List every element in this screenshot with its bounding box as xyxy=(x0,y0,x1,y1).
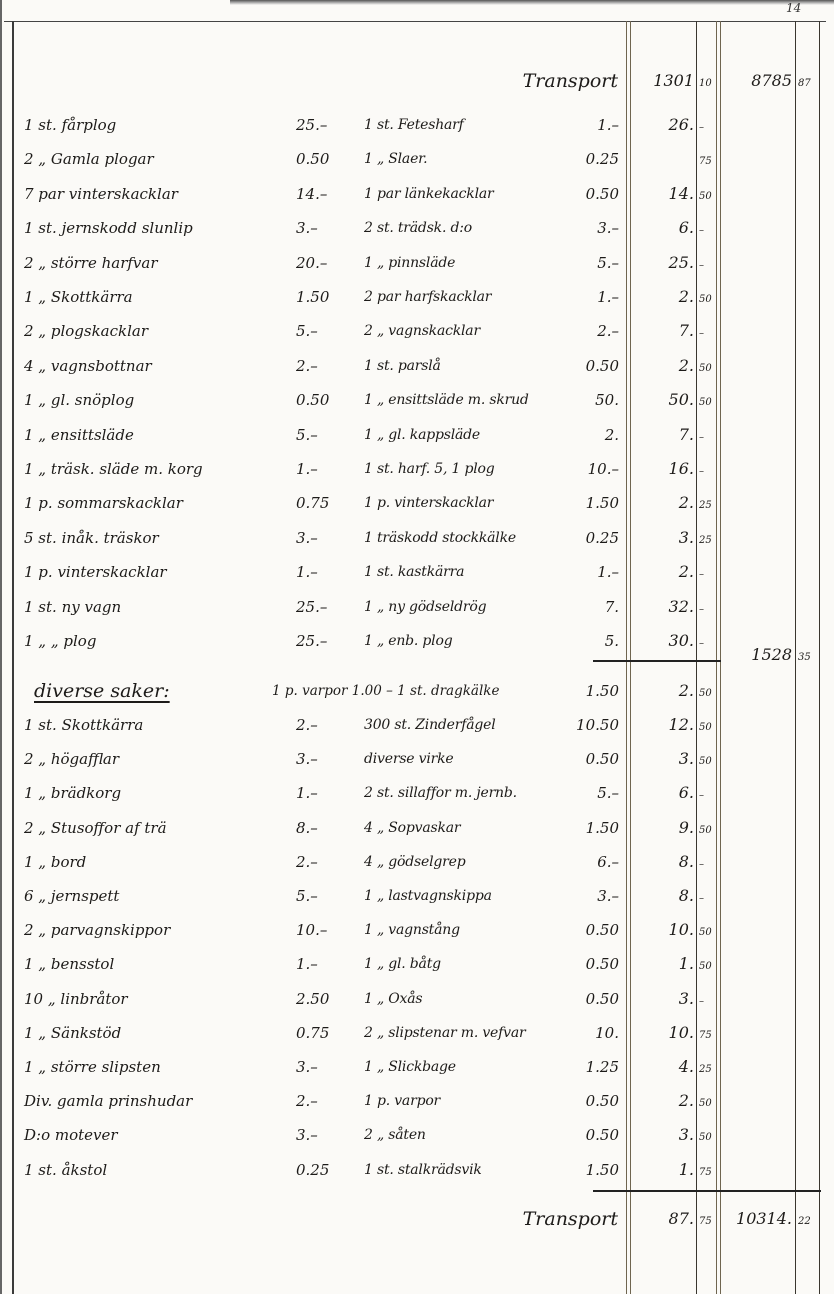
price-a: 1.– xyxy=(296,557,318,587)
item-a: 1 „ Skottkärra xyxy=(24,282,133,312)
item-a: 1 „ träsk. släde m. korg xyxy=(24,454,203,484)
ledger-row: 1 „ Skottkärra1.502 par harfskacklar1.–2… xyxy=(0,282,834,312)
price-a: 2.– xyxy=(296,847,318,877)
ledger-row: 1 st. fårplog25.–1 st. Fetesharf1.–26.– xyxy=(0,110,834,140)
sum-ore: – xyxy=(699,213,704,249)
ledger-row: 2 „ Stusoffor af trä8.–4 „ Sopvaskar1.50… xyxy=(0,813,834,843)
scan-shadow xyxy=(230,0,834,5)
price-a: 3.– xyxy=(296,744,318,774)
item-b: 4 „ Sopvaskar xyxy=(364,813,460,843)
sum-kr: 7. xyxy=(632,420,694,450)
price-b: 6.– xyxy=(565,847,619,877)
sum-kr: 2. xyxy=(632,1086,694,1116)
item-b: 1 „ gl. båtg xyxy=(364,949,441,979)
item-a: 1 „ brädkorg xyxy=(24,778,121,808)
ledger-row: 7 par vinterskacklar14.–1 par länkekackl… xyxy=(0,179,834,209)
item-a: D:o motever xyxy=(24,1120,118,1150)
item-a: 1 „ bensstol xyxy=(24,949,114,979)
sum-kr: 87. xyxy=(632,1204,694,1234)
item-a: 5 st. inåk. träskor xyxy=(24,523,159,553)
ledger-row: 1 st. jernskodd slunlip3.–2 st. trädsk. … xyxy=(0,213,834,243)
sum-ore: 50 xyxy=(699,710,712,746)
item-b: 300 st. Zinderfågel xyxy=(364,710,496,740)
price-a: 20.– xyxy=(296,248,327,278)
price-b: 1.50 xyxy=(565,1155,619,1185)
transport-label: Transport xyxy=(523,66,618,96)
subtotal-kr: 1528 xyxy=(722,640,792,670)
price-a: 8.– xyxy=(296,813,318,843)
sum-kr: 1. xyxy=(632,1155,694,1185)
total-kr: 10314. xyxy=(722,1204,792,1234)
price-b: 0.50 xyxy=(565,915,619,945)
ledger-row: 2 „ högafflar3.–diverse virke0.503.50 xyxy=(0,744,834,774)
sum-ore: – xyxy=(699,248,704,284)
sum-kr: 50. xyxy=(632,385,694,415)
sum-kr: 10. xyxy=(632,915,694,945)
sum-ore: – xyxy=(699,881,704,917)
price-b: 5.– xyxy=(565,778,619,808)
item-b: 1 par länkekacklar xyxy=(364,179,494,209)
carry-in-row: Transport 1301 10 8785 87 xyxy=(0,66,834,96)
ledger-row: 2 „ plogskacklar5.–2 „ vagnskacklar2.–7.… xyxy=(0,316,834,346)
sum-kr: 4. xyxy=(632,1052,694,1082)
item-a: 10 „ linbråtor xyxy=(24,984,128,1014)
item-a: 1 st. jernskodd slunlip xyxy=(24,213,193,243)
ledger-row: 1 „ bensstol1.–1 „ gl. båtg0.501.50 xyxy=(0,949,834,979)
price-a: 3.– xyxy=(296,1120,318,1150)
price-b: 0.50 xyxy=(565,744,619,774)
sum-kr: 14. xyxy=(632,179,694,209)
section-heading: diverse saker: xyxy=(34,676,170,706)
price-a: 2.– xyxy=(296,1086,318,1116)
ledger-row: 6 „ jernspett5.–1 „ lastvagnskippa3.–8.– xyxy=(0,881,834,911)
sum-ore: – xyxy=(699,984,704,1020)
sum-kr: 2. xyxy=(632,282,694,312)
sum-kr: 26. xyxy=(632,110,694,140)
price-a: 5.– xyxy=(296,316,318,346)
price-b: 1.50 xyxy=(565,676,619,706)
sum-ore: 50 xyxy=(699,351,712,387)
sum-ore: 75 xyxy=(699,144,712,180)
item-b: 1 „ ensittsläde m. skrud xyxy=(364,385,529,415)
ledger-row: 2 „ parvagnskippor10.–1 „ vagnstång0.501… xyxy=(0,915,834,945)
ledger-row: 1 st. Skottkärra2.–300 st. Zinderfågel10… xyxy=(0,710,834,740)
sum-kr: 8. xyxy=(632,847,694,877)
sum-kr: 3. xyxy=(632,1120,694,1150)
sum-ore: – xyxy=(699,592,704,628)
price-a: 2.– xyxy=(296,351,318,381)
price-b: 1.– xyxy=(565,282,619,312)
price-b: 0.25 xyxy=(565,144,619,174)
price-a: 1.– xyxy=(296,454,318,484)
ledger-row: 1 „ större slipsten3.–1 „ Slickbage1.254… xyxy=(0,1052,834,1082)
item-b: 1 „ ny gödseldrög xyxy=(364,592,486,622)
item-a: 1 st. Skottkärra xyxy=(24,710,143,740)
item-a: 4 „ vagnsbottnar xyxy=(24,351,152,381)
sum-ore: – xyxy=(699,420,704,456)
item-b: 1 träskodd stockkälke xyxy=(364,523,516,553)
ledger-row: 5 st. inåk. träskor3.–1 träskodd stockkä… xyxy=(0,523,834,553)
price-a: 5.– xyxy=(296,420,318,450)
price-a: 25.– xyxy=(296,110,327,140)
item-b: 2 par harfskacklar xyxy=(364,282,491,312)
item-b: 1 „ Slaer. xyxy=(364,144,427,174)
item-b: 2 „ vagnskacklar xyxy=(364,316,480,346)
total-kr: 8785 xyxy=(722,66,792,96)
ledger-row: 1 „ brädkorg1.–2 st. sillaffor m. jernb.… xyxy=(0,778,834,808)
price-a: 0.50 xyxy=(296,144,329,174)
total-ore: 22 xyxy=(798,1204,811,1240)
item-a: 2 „ Gamla plogar xyxy=(24,144,154,174)
sum-kr: 1. xyxy=(632,949,694,979)
sum-ore: – xyxy=(699,778,704,814)
item-a: 1 st. ny vagn xyxy=(24,592,121,622)
item-a: 2 „ Stusoffor af trä xyxy=(24,813,167,843)
price-b: 7. xyxy=(565,592,619,622)
price-a: 0.75 xyxy=(296,1018,329,1048)
ledger-row: 4 „ vagnsbottnar2.–1 st. parslå0.502.50 xyxy=(0,351,834,381)
sum-ore: 25 xyxy=(699,488,712,524)
sum-kr: 3. xyxy=(632,523,694,553)
price-a: 3.– xyxy=(296,523,318,553)
sum-ore: – xyxy=(699,454,704,490)
price-b: 0.50 xyxy=(565,1120,619,1150)
item-b: 4 „ gödselgrep xyxy=(364,847,465,877)
item-b: 1 „ Slickbage xyxy=(364,1052,456,1082)
price-a: 5.– xyxy=(296,881,318,911)
price-a: 0.50 xyxy=(296,385,329,415)
sum-kr: 2. xyxy=(632,557,694,587)
top-rule xyxy=(4,21,826,22)
item-a: 6 „ jernspett xyxy=(24,881,119,911)
ledger-row: 1 „ ensittsläde5.–1 „ gl. kappsläde2.7.– xyxy=(0,420,834,450)
price-b: 50. xyxy=(565,385,619,415)
sum-ore: 50 xyxy=(699,915,712,951)
price-b: 10. xyxy=(565,1018,619,1048)
sum-ore: 50 xyxy=(699,282,712,318)
item-b: diverse virke xyxy=(364,744,454,774)
ledger-row: Div. gamla prinshudar2.–1 p. varpor0.502… xyxy=(0,1086,834,1116)
sum-ore: 75 xyxy=(699,1018,712,1054)
price-b: 3.– xyxy=(565,881,619,911)
price-b: 0.25 xyxy=(565,523,619,553)
price-b: 0.50 xyxy=(565,179,619,209)
price-a: 0.75 xyxy=(296,488,329,518)
sum-ore: 50 xyxy=(699,1120,712,1156)
ledger-row: 1 p. sommarskacklar0.751 p. vinterskackl… xyxy=(0,488,834,518)
price-b: 1.– xyxy=(565,110,619,140)
ledger-row: 10 „ linbråtor2.501 „ Oxås0.503.– xyxy=(0,984,834,1014)
sum-kr: 8. xyxy=(632,881,694,911)
price-b: 5.– xyxy=(565,248,619,278)
item-b: 2 „ slipstenar m. vefvar xyxy=(364,1018,525,1048)
item-b: 1 „ Oxås xyxy=(364,984,422,1014)
price-b: 10.50 xyxy=(565,710,619,740)
item-a: 1 st. fårplog xyxy=(24,110,116,140)
subtotal-row: 1528 35 xyxy=(0,640,834,670)
ledger-row: 2 „ Gamla plogar0.501 „ Slaer.0.2575 xyxy=(0,144,834,174)
sum-ore: – xyxy=(699,847,704,883)
final-rule xyxy=(593,1190,821,1192)
sum-ore: 75 xyxy=(699,1204,712,1240)
sum-kr: 2. xyxy=(632,676,694,706)
sum-kr: 6. xyxy=(632,213,694,243)
item-b: 1 st. Fetesharf xyxy=(364,110,464,140)
sum-kr: 16. xyxy=(632,454,694,484)
sum-ore: – xyxy=(699,110,704,146)
sum-kr: 7. xyxy=(632,316,694,346)
price-b: 2. xyxy=(565,420,619,450)
sum-kr: 3. xyxy=(632,984,694,1014)
sum-kr: 1301 xyxy=(632,66,694,96)
item-a: 1 p. sommarskacklar xyxy=(24,488,183,518)
item-a: 1 „ bord xyxy=(24,847,86,877)
ledger-row: D:o motever3.–2 „ såten0.503.50 xyxy=(0,1120,834,1150)
ledger-row: 1 st. ny vagn25.–1 „ ny gödseldrög7.32.– xyxy=(0,592,834,622)
item-b: 1 st. harf. 5, 1 plog xyxy=(364,454,495,484)
item-b: 1 p. vinterskacklar xyxy=(364,488,493,518)
item-a: 1 „ gl. snöplog xyxy=(24,385,134,415)
sum-ore: 25 xyxy=(699,523,712,559)
price-b: 1.50 xyxy=(565,488,619,518)
price-b: 1.25 xyxy=(565,1052,619,1082)
price-b: 0.50 xyxy=(565,984,619,1014)
sum-ore: 50 xyxy=(699,676,712,712)
sum-ore: 10 xyxy=(699,66,712,102)
item-b: 1 p. varpor xyxy=(364,1086,440,1116)
item-a: 1 p. vinterskacklar xyxy=(24,557,167,587)
sum-kr: 12. xyxy=(632,710,694,740)
ledger-row: 2 „ större harfvar20.–1 „ pinnsläde5.–25… xyxy=(0,248,834,278)
price-b: 1.50 xyxy=(565,813,619,843)
sum-ore: 50 xyxy=(699,813,712,849)
price-a: 1.– xyxy=(296,949,318,979)
carry-out-row: Transport 87. 75 10314. 22 xyxy=(0,1204,834,1234)
price-a: 1.50 xyxy=(296,282,329,312)
price-a: 14.– xyxy=(296,179,327,209)
sum-kr: 2. xyxy=(632,488,694,518)
item-b: 1 „ pinnsläde xyxy=(364,248,455,278)
price-b: 2.– xyxy=(565,316,619,346)
ledger-row: 1 „ Sänkstöd0.752 „ slipstenar m. vefvar… xyxy=(0,1018,834,1048)
page-number: 14 xyxy=(786,1,801,15)
price-b: 3.– xyxy=(565,213,619,243)
sum-ore: 50 xyxy=(699,179,712,215)
item-b: 2 „ såten xyxy=(364,1120,426,1150)
item-a: 7 par vinterskacklar xyxy=(24,179,178,209)
item-a: 2 „ högafflar xyxy=(24,744,119,774)
sum-ore: 50 xyxy=(699,385,712,421)
item-b: 1 st. stalkrädsvik xyxy=(364,1155,482,1185)
sum-kr: 9. xyxy=(632,813,694,843)
sum-ore: 75 xyxy=(699,1155,712,1191)
price-a: 3.– xyxy=(296,1052,318,1082)
sum-kr: 2. xyxy=(632,351,694,381)
item-a: 1 „ större slipsten xyxy=(24,1052,161,1082)
item-b: 1 st. kastkärra xyxy=(364,557,464,587)
price-a: 3.– xyxy=(296,213,318,243)
item-b: 1 „ gl. kappsläde xyxy=(364,420,480,450)
sum-ore: 50 xyxy=(699,949,712,985)
section-heading-row: diverse saker: 1 p. varpor 1.00 – 1 st. … xyxy=(0,676,834,706)
price-a: 0.25 xyxy=(296,1155,329,1185)
sum-kr: 3. xyxy=(632,744,694,774)
price-b: 10.– xyxy=(565,454,619,484)
price-b: 0.50 xyxy=(565,949,619,979)
price-a: 10.– xyxy=(296,915,327,945)
item-a: 1 st. åkstol xyxy=(24,1155,107,1185)
item-a: 2 „ plogskacklar xyxy=(24,316,148,346)
price-b: 0.50 xyxy=(565,351,619,381)
item-b: 1 „ vagnstång xyxy=(364,915,460,945)
item-a: 1 „ ensittsläde xyxy=(24,420,134,450)
subtotal-ore: 35 xyxy=(798,640,811,676)
item-b: 1 p. varpor 1.00 – 1 st. dragkälke xyxy=(272,676,499,706)
sum-kr: 10. xyxy=(632,1018,694,1048)
sum-ore: – xyxy=(699,316,704,352)
sum-kr: 32. xyxy=(632,592,694,622)
total-ore: 87 xyxy=(798,66,811,102)
price-b: 1.– xyxy=(565,557,619,587)
sum-ore: – xyxy=(699,557,704,593)
ledger-row: 1 p. vinterskacklar1.–1 st. kastkärra1.–… xyxy=(0,557,834,587)
item-b: 1 st. parslå xyxy=(364,351,441,381)
item-a: 1 „ Sänkstöd xyxy=(24,1018,121,1048)
sum-ore: 50 xyxy=(699,744,712,780)
ledger-row: 1 „ träsk. släde m. korg1.–1 st. harf. 5… xyxy=(0,454,834,484)
item-b: 2 st. sillaffor m. jernb. xyxy=(364,778,517,808)
sum-ore: 25 xyxy=(699,1052,712,1088)
price-a: 1.– xyxy=(296,778,318,808)
item-b: 1 „ lastvagnskippa xyxy=(364,881,492,911)
ledger-row: 1 „ bord2.–4 „ gödselgrep6.–8.– xyxy=(0,847,834,877)
ledger-row: 1 „ gl. snöplog0.501 „ ensittsläde m. sk… xyxy=(0,385,834,415)
transport-label: Transport xyxy=(523,1204,618,1234)
sum-kr: 25. xyxy=(632,248,694,278)
price-a: 25.– xyxy=(296,592,327,622)
sum-kr: 6. xyxy=(632,778,694,808)
item-a: Div. gamla prinshudar xyxy=(24,1086,192,1116)
price-a: 2.– xyxy=(296,710,318,740)
item-a: 2 „ större harfvar xyxy=(24,248,158,278)
item-a: 2 „ parvagnskippor xyxy=(24,915,170,945)
price-b: 0.50 xyxy=(565,1086,619,1116)
price-a: 2.50 xyxy=(296,984,329,1014)
item-b: 2 st. trädsk. d:o xyxy=(364,213,472,243)
ledger-row: 1 st. åkstol0.251 st. stalkrädsvik1.501.… xyxy=(0,1155,834,1185)
sum-ore: 50 xyxy=(699,1086,712,1122)
